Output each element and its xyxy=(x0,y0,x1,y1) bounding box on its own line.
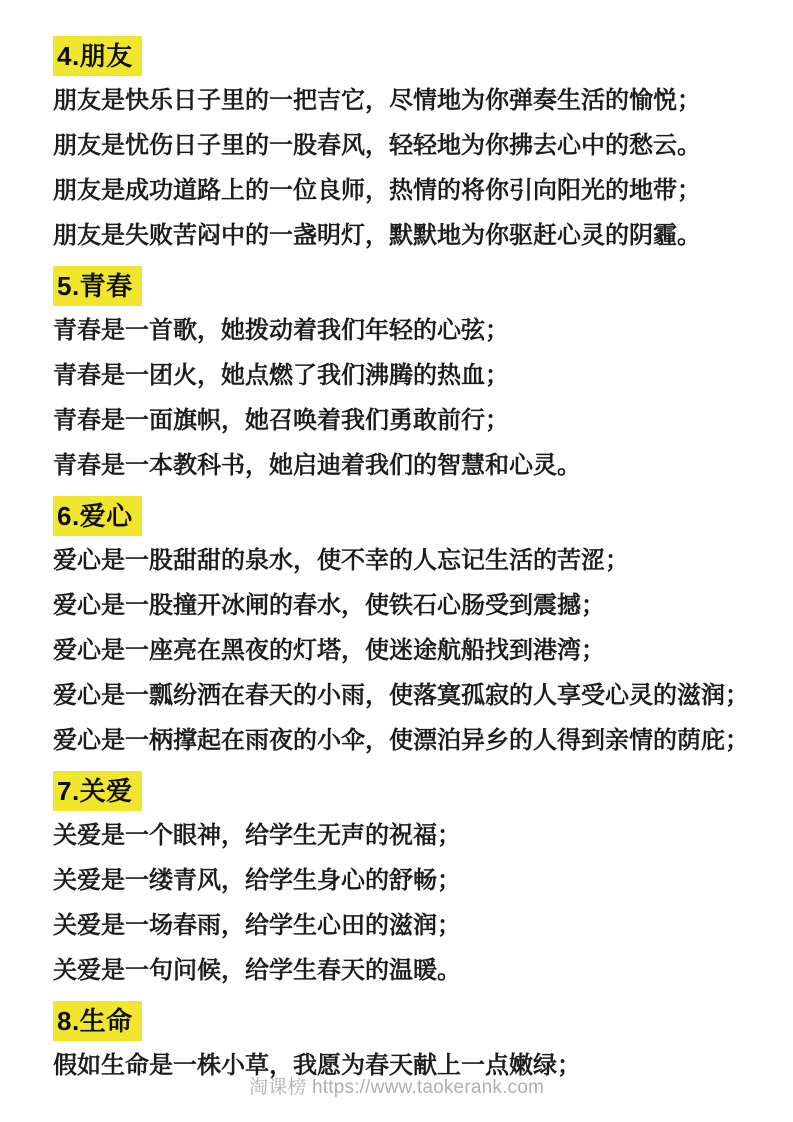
section-heading-highlight: 4.朋友 xyxy=(53,36,142,76)
section-7: 7.关爱关爱是一个眼神，给学生无声的祝福；关爱是一缕青风，给学生身心的舒畅；关爱… xyxy=(53,771,757,993)
section-6: 6.爱心爱心是一股甜甜的泉水，使不幸的人忘记生活的苦涩；爱心是一股撞开冰闸的春水… xyxy=(53,496,757,763)
section-heading-highlight: 8.生命 xyxy=(53,1001,142,1041)
document-page: 4.朋友朋友是快乐日子里的一把吉它，尽情地为你弹奏生活的愉悦；朋友是忧伤日子里的… xyxy=(0,0,793,1122)
sentence-line: 爱心是一股撞开冰闸的春水，使铁石心肠受到震撼； xyxy=(53,583,757,628)
watermark-text: 淘课榜 https://www.taokerank.com xyxy=(0,1072,793,1099)
sentence-line: 关爱是一缕青风，给学生身心的舒畅； xyxy=(53,858,757,903)
sentence-line: 朋友是快乐日子里的一把吉它，尽情地为你弹奏生活的愉悦； xyxy=(53,78,757,123)
sentence-line: 爱心是一柄撑起在雨夜的小伞，使漂泊异乡的人得到亲情的荫庇； xyxy=(53,718,757,763)
sentence-line: 朋友是成功道路上的一位良师，热情的将你引向阳光的地带； xyxy=(53,168,757,213)
sentence-line: 青春是一面旗帜，她召唤着我们勇敢前行； xyxy=(53,398,757,443)
sentence-line: 爱心是一股甜甜的泉水，使不幸的人忘记生活的苦涩； xyxy=(53,538,757,583)
section-heading-highlight: 6.爱心 xyxy=(53,496,142,536)
sentence-line: 爱心是一座亮在黑夜的灯塔，使迷途航船找到港湾； xyxy=(53,628,757,673)
section-heading-highlight: 5.青春 xyxy=(53,266,142,306)
sections-container: 4.朋友朋友是快乐日子里的一把吉它，尽情地为你弹奏生活的愉悦；朋友是忧伤日子里的… xyxy=(53,36,757,1088)
section-4: 4.朋友朋友是快乐日子里的一把吉它，尽情地为你弹奏生活的愉悦；朋友是忧伤日子里的… xyxy=(53,36,757,258)
sentence-line: 关爱是一场春雨，给学生心田的滋润； xyxy=(53,903,757,948)
section-heading-highlight: 7.关爱 xyxy=(53,771,142,811)
section-heading-row: 7.关爱 xyxy=(53,771,757,813)
section-heading-row: 8.生命 xyxy=(53,1001,757,1043)
sentence-line: 青春是一首歌，她拨动着我们年轻的心弦； xyxy=(53,308,757,353)
sentence-line: 关爱是一句问候，给学生春天的温暖。 xyxy=(53,948,757,993)
sentence-line: 朋友是失败苦闷中的一盏明灯，默默地为你驱赶心灵的阴霾。 xyxy=(53,213,757,258)
sentence-line: 朋友是忧伤日子里的一股春风，轻轻地为你拂去心中的愁云。 xyxy=(53,123,757,168)
section-heading-row: 5.青春 xyxy=(53,266,757,308)
section-heading-row: 4.朋友 xyxy=(53,36,757,78)
sentence-line: 青春是一团火，她点燃了我们沸腾的热血； xyxy=(53,353,757,398)
section-5: 5.青春青春是一首歌，她拨动着我们年轻的心弦；青春是一团火，她点燃了我们沸腾的热… xyxy=(53,266,757,488)
sentence-line: 青春是一本教科书，她启迪着我们的智慧和心灵。 xyxy=(53,443,757,488)
sentence-line: 爱心是一瓢纷洒在春天的小雨，使落寞孤寂的人享受心灵的滋润； xyxy=(53,673,757,718)
section-heading-row: 6.爱心 xyxy=(53,496,757,538)
sentence-line: 关爱是一个眼神，给学生无声的祝福； xyxy=(53,813,757,858)
